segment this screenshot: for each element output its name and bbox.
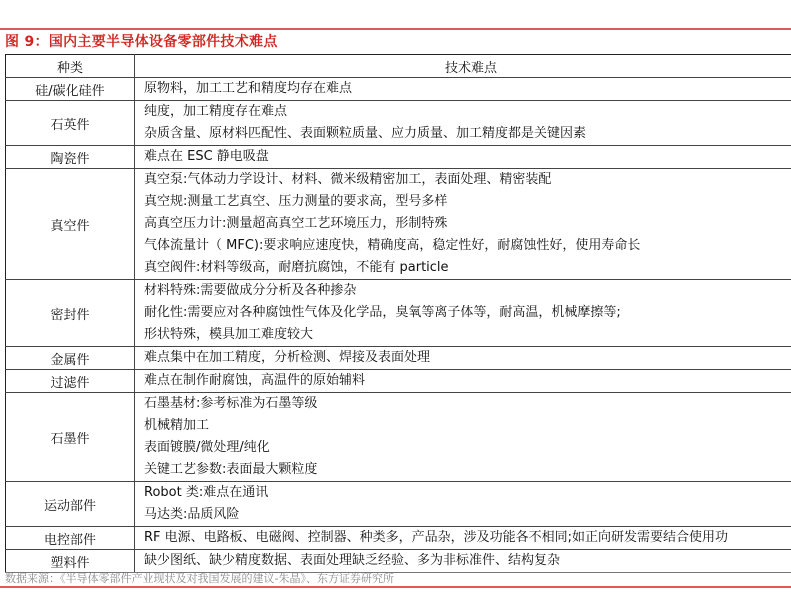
bottom-rule (0, 586, 791, 588)
difficulty-cell: 难点在制作耐腐蚀，高温件的原始辅料 (135, 370, 791, 393)
table-row: 密封件材料特殊:需要做成分分析及各种掺杂耐化性:需要应对各种腐蚀性气体及化学品，… (6, 280, 791, 347)
table-row: 金属件难点集中在加工精度，分析检测、焊接及表面处理 (6, 347, 791, 370)
category-cell: 石墨件 (6, 393, 135, 482)
table-row: 石墨件石墨基材:参考标准为石墨等级机械精加工表面镀膜/微处理/纯化关键工艺参数:… (6, 393, 791, 482)
tech-difficulty-table: 种类 技术难点 硅/碳化硅件原物料，加工工艺和精度均存在难点石英件纯度，加工精度… (5, 54, 791, 573)
category-cell: 密封件 (6, 280, 135, 347)
difficulty-line: RF 电源、电路板、电磁阀、控制器、种类多，产品杂，涉及功能各不相同;如正向研发… (144, 527, 791, 549)
difficulty-line: 表面镀膜/微处理/纯化 (144, 437, 791, 459)
category-cell: 真空件 (6, 169, 135, 280)
difficulty-line: 马达类:品质风险 (144, 504, 791, 526)
difficulty-line: 机械精加工 (144, 415, 791, 437)
difficulty-cell: RF 电源、电路板、电磁阀、控制器、种类多，产品杂，涉及功能各不相同;如正向研发… (135, 527, 791, 550)
category-cell: 过滤件 (6, 370, 135, 393)
category-cell: 金属件 (6, 347, 135, 370)
category-cell: 陶瓷件 (6, 146, 135, 169)
table-row: 运动部件Robot 类:难点在通讯马达类:品质风险 (6, 482, 791, 527)
difficulty-line: 纯度，加工精度存在难点 (144, 101, 791, 123)
difficulty-cell: 纯度，加工精度存在难点杂质含量、原材料匹配性、表面颗粒质量、应力质量、加工精度都… (135, 101, 791, 146)
difficulty-line: 真空阀件:材料等级高，耐磨抗腐蚀，不能有 particle (144, 257, 791, 279)
header-category: 种类 (6, 55, 135, 78)
difficulty-line: 高真空压力计:测量超高真空工艺环境压力，形制特殊 (144, 213, 791, 235)
table-row: 陶瓷件难点在 ESC 静电吸盘 (6, 146, 791, 169)
difficulty-cell: 石墨基材:参考标准为石墨等级机械精加工表面镀膜/微处理/纯化关键工艺参数:表面最… (135, 393, 791, 482)
category-cell: 电控部件 (6, 527, 135, 550)
difficulty-line: 耐化性:需要应对各种腐蚀性气体及化学品，臭氧等离子体等，耐高温，机械摩擦等; (144, 302, 791, 324)
category-cell: 运动部件 (6, 482, 135, 527)
difficulty-line: 真空泵:气体动力学设计、材料、微米级精密加工，表面处理、精密装配 (144, 169, 791, 191)
difficulty-cell: 真空泵:气体动力学设计、材料、微米级精密加工，表面处理、精密装配真空规:测量工艺… (135, 169, 791, 280)
difficulty-line: Robot 类:难点在通讯 (144, 482, 791, 504)
difficulty-cell: 难点集中在加工精度，分析检测、焊接及表面处理 (135, 347, 791, 370)
difficulty-line: 材料特殊:需要做成分分析及各种掺杂 (144, 280, 791, 302)
difficulty-line: 气体流量计（ MFC):要求响应速度快，精确度高，稳定性好，耐腐蚀性好，使用寿命… (144, 235, 791, 257)
difficulty-line: 缺少图纸、缺少精度数据、表面处理缺乏经验、多为非标准件、结构复杂 (144, 550, 791, 572)
table-row: 电控部件RF 电源、电路板、电磁阀、控制器、种类多，产品杂，涉及功能各不相同;如… (6, 527, 791, 550)
table-row: 真空件真空泵:气体动力学设计、材料、微米级精密加工，表面处理、精密装配真空规:测… (6, 169, 791, 280)
difficulty-cell: Robot 类:难点在通讯马达类:品质风险 (135, 482, 791, 527)
table-row: 过滤件难点在制作耐腐蚀，高温件的原始辅料 (6, 370, 791, 393)
table-header-row: 种类 技术难点 (6, 55, 791, 78)
top-rule (0, 28, 791, 30)
difficulty-line: 难点集中在加工精度，分析检测、焊接及表面处理 (144, 347, 791, 369)
difficulty-cell: 材料特殊:需要做成分分析及各种掺杂耐化性:需要应对各种腐蚀性气体及化学品，臭氧等… (135, 280, 791, 347)
difficulty-line: 形状特殊，模具加工难度较大 (144, 324, 791, 346)
category-cell: 硅/碳化硅件 (6, 78, 135, 101)
header-difficulty: 技术难点 (135, 55, 791, 78)
category-cell: 石英件 (6, 101, 135, 146)
difficulty-line: 原物料，加工工艺和精度均存在难点 (144, 78, 791, 100)
table-row: 石英件纯度，加工精度存在难点杂质含量、原材料匹配性、表面颗粒质量、应力质量、加工… (6, 101, 791, 146)
difficulty-cell: 难点在 ESC 静电吸盘 (135, 146, 791, 169)
difficulty-line: 难点在制作耐腐蚀，高温件的原始辅料 (144, 370, 791, 392)
difficulty-line: 石墨基材:参考标准为石墨等级 (144, 393, 791, 415)
source-note: 数据来源：《半导体零部件产业现状及对我国发展的建议-朱晶》、东方证券研究所 (5, 570, 394, 586)
table-row: 硅/碳化硅件原物料，加工工艺和精度均存在难点 (6, 78, 791, 101)
difficulty-cell: 原物料，加工工艺和精度均存在难点 (135, 78, 791, 101)
difficulty-line: 杂质含量、原材料匹配性、表面颗粒质量、应力质量、加工精度都是关键因素 (144, 123, 791, 145)
difficulty-line: 真空规:测量工艺真空、压力测量的要求高，型号多样 (144, 191, 791, 213)
difficulty-line: 难点在 ESC 静电吸盘 (144, 146, 791, 168)
difficulty-line: 关键工艺参数:表面最大颗粒度 (144, 459, 791, 481)
figure-title: 图 9：国内主要半导体设备零部件技术难点 (5, 31, 278, 51)
